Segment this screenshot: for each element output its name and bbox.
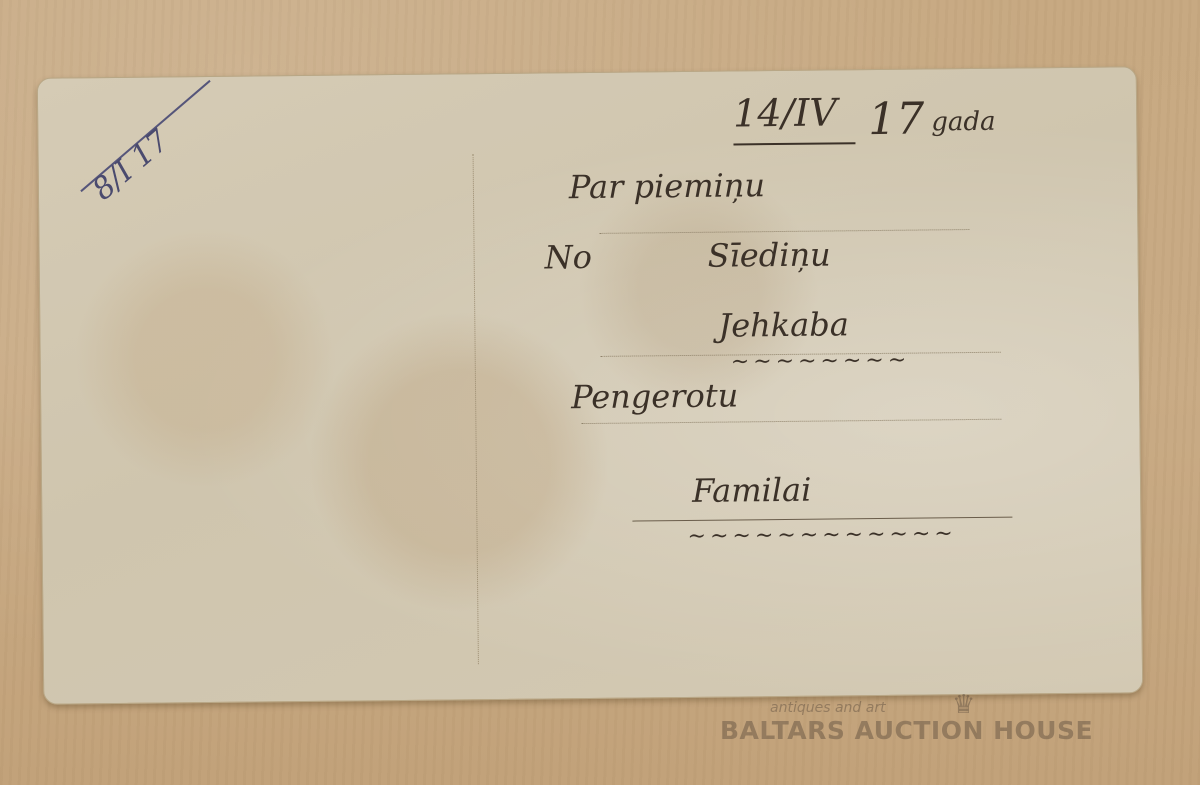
crown-icon: ♛ — [952, 690, 975, 720]
text-line-5: Pengerotu — [571, 376, 738, 416]
center-divider-line — [473, 154, 479, 664]
date-underline — [733, 142, 855, 145]
address-line — [581, 419, 1001, 424]
date-day-month: 14/IV — [733, 90, 837, 135]
text-line-3: Sīediņu — [707, 235, 830, 274]
text-line-6: Familai — [692, 471, 812, 510]
squiggle-underline: ~~~~~~~~ — [731, 348, 911, 375]
corner-date-note: 8/I 17 — [86, 123, 176, 207]
watermark-name: BALTARS AUCTION HOUSE — [720, 716, 1093, 745]
text-line-4: Jehkaba — [718, 305, 849, 344]
squiggle-underline-long: ~~~~~~~~~~~~ — [687, 521, 956, 549]
watermark-tagline: antiques and art — [770, 700, 1093, 716]
postcard-back: 8/I 17 14/IV 17 gada Par piemiņu No Sīed… — [37, 66, 1144, 704]
date-year: 17 — [868, 93, 925, 145]
watermark: ♛ antiques and art BALTARS AUCTION HOUSE — [720, 700, 1093, 745]
text-line-1: Par piemiņu — [569, 166, 765, 206]
date-suffix: gada — [931, 107, 996, 138]
text-line-2: No — [544, 238, 592, 276]
address-line — [599, 229, 969, 234]
